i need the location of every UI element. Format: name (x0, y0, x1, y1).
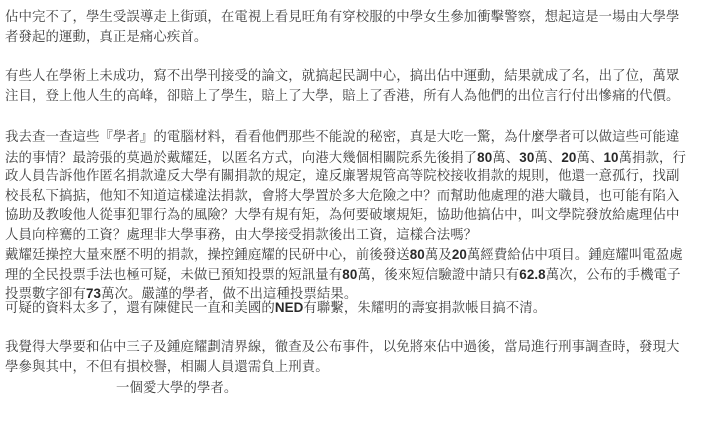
text-line: 可疑的資料太多了，還有陳健民一直和美國的NED有聯繫，朱耀明的壽宴捐款帳目搞不清… (5, 298, 546, 318)
signature-text: 一個愛大學的學者。 (116, 379, 237, 399)
text-line: 政人員告訴他作匿名捐款違反大學有關捐款的規定，違反廉署規管高等院校接收捐款的規則… (5, 167, 686, 187)
paragraph-suspicious-data: 可疑的資料太多了，還有陳健民一直和美國的NED有聯繫，朱耀明的壽宴捐款帳目搞不清… (5, 298, 546, 318)
text-line: 佔中完不了，學生受誤導走上街頭，在電視上看見旺角有穿校服的中學女生參加衝擊警察，… (5, 8, 680, 28)
emphasized-number: 80 (477, 150, 492, 165)
paragraph-conclusion: 我覺得大學要和佔中三子及鍾庭耀劃清界線，徹查及公布事件，以免將來佔中過後，當局進… (5, 338, 680, 377)
text-line: 注目，登上他人生的高峰，卻賠上了學生，賠上了大學，賠上了香港，所有人為他們的出位… (5, 87, 680, 107)
text-line: 理的全民投票手法也極可疑，未做已預知投票的短訊量有80萬，後來短信驗證中請只有6… (5, 265, 686, 285)
paragraph-opening: 佔中完不了，學生受誤導走上街頭，在電視上看見旺角有穿校服的中學女生參加衝擊警察，… (5, 8, 680, 47)
text-line: 法的事情？最誇張的莫過於戴耀廷，以匿名方式，向港大幾個相關院系先後捐了80萬、3… (5, 148, 686, 168)
emphasized-number: 80 (342, 267, 357, 282)
paragraph-donations: 我去查一查這些『學者』的電腦材料，看看他們那些不能說的秘密，真是大吃一驚，為什麼… (5, 128, 686, 304)
emphasized-number: 20 (561, 150, 576, 165)
emphasized-number: 80 (410, 247, 425, 262)
text-line: 校長私下搞掂，他知不知道這樣違法捐款，會將大學置於多大危險之中？而幫助他處理的港… (5, 187, 686, 207)
text-line: 我覺得大學要和佔中三子及鍾庭耀劃清界線，徹查及公布事件，以免將來佔中過後，當局進… (5, 338, 680, 358)
text-line: 學參與其中，不但有損校譽，相關人員還需負上刑責。 (5, 358, 680, 378)
signature: 一個愛大學的學者。 (116, 379, 237, 399)
text-line: 協助及教唆他人從事犯罪行為的風險？大學有規有矩，為何要破壞規矩，協助他搞佔中，叫… (5, 206, 686, 226)
text-line: 戴耀廷操控大量來歷不明的捐款，操控鍾庭耀的民研中心，前後發送80萬及20萬經費給… (5, 245, 686, 265)
text-line: 者發起的運動，真正是痛心疾首。 (5, 28, 680, 48)
emphasized-number: 10 (603, 150, 618, 165)
emphasized-number: 20 (452, 247, 467, 262)
paragraph-scholars: 有些人在學術上未成功，寫不出學刊接受的論文，就搞起民調中心，搞出佔中運動，結果就… (5, 67, 680, 106)
emphasized-number: 30 (519, 150, 534, 165)
text-line: 人員向梓騫的工資？處理非大學事務，由大學接受捐款後出工資，這樣合法嗎？ (5, 226, 686, 246)
text-line: 我去查一查這些『學者』的電腦材料，看看他們那些不能說的秘密，真是大吃一驚，為什麼… (5, 128, 686, 148)
text-line: 有些人在學術上未成功，寫不出學刊接受的論文，就搞起民調中心，搞出佔中運動，結果就… (5, 67, 680, 87)
emphasized-number: NED (275, 300, 304, 315)
emphasized-number: 62.8 (519, 267, 545, 282)
